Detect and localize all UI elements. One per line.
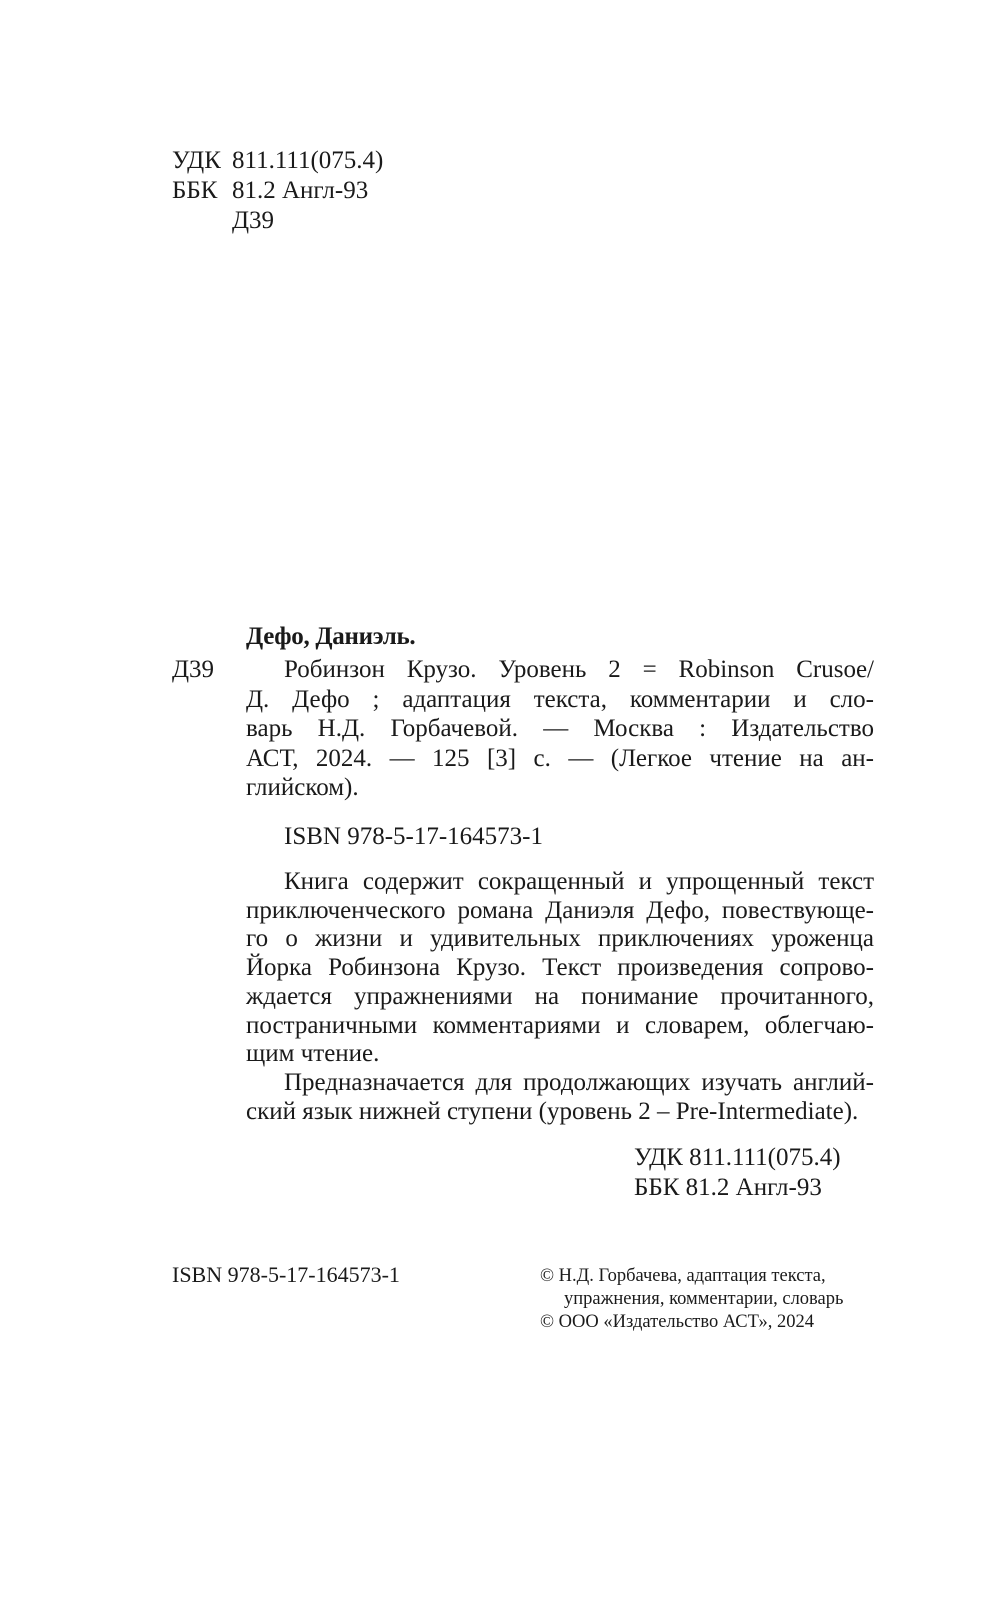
copyright-line: © Н.Д. Горбачева, адаптация текста, <box>540 1265 843 1288</box>
record-line: глийском). <box>246 773 874 803</box>
record-isbn: ISBN 978-5-17-164573-1 <box>284 822 543 852</box>
record-line: Робинзон Крузо. Уровень 2 = Robinson Cru… <box>246 655 874 685</box>
record-line: варь Н.Д. Горбачевой. — Москва : Издател… <box>246 714 874 744</box>
bbk-label: ББК <box>172 176 232 206</box>
copyright-line: © ООО «Издательство АСТ», 2024 <box>540 1311 843 1334</box>
udk-code: УДК 811.111(075.4) <box>634 1143 841 1173</box>
bbk-value: 81.2 Англ-93 <box>232 176 368 206</box>
shelf-code: Д39 <box>172 655 214 685</box>
bbk-code: ББК 81.2 Англ-93 <box>634 1173 841 1203</box>
udk-label: УДК <box>172 146 232 176</box>
abstract-line: ский язык нижней ступени (уровень 2 – Pr… <box>246 1098 874 1127</box>
classification-codes: УДК811.111(075.4) ББК81.2 Англ-93 Д39 <box>172 146 383 236</box>
author-mark: Д39 <box>172 206 383 236</box>
record-line: Д. Дефо ; адаптация текста, комментарии … <box>246 685 874 715</box>
udk-value: 811.111(075.4) <box>232 146 383 176</box>
abstract-line: Йорка Робинзона Крузо. Текст произведени… <box>246 954 874 983</box>
abstract-line: го о жизни и удивительных приключениях у… <box>246 925 874 954</box>
abstract-line: постраничными комментариями и словарем, … <box>246 1012 874 1041</box>
abstract-line: Книга содержит сокращенный и упрощенный … <box>246 868 874 897</box>
udk-row: УДК811.111(075.4) <box>172 146 383 176</box>
abstract-line: приключенческого романа Даниэля Дефо, по… <box>246 897 874 926</box>
abstract-line: ждается упражнениями на понимание прочит… <box>246 983 874 1012</box>
footer-isbn: ISBN 978-5-17-164573-1 <box>172 1262 400 1288</box>
author-heading: Дефо, Даниэль. <box>246 622 415 652</box>
abstract-line: щим чтение. <box>246 1040 874 1069</box>
classification-codes-right: УДК 811.111(075.4) ББК 81.2 Англ-93 <box>634 1143 841 1203</box>
abstract-line: Предназначается для продолжающих изучать… <box>246 1069 874 1098</box>
record-line: АСТ, 2024. — 125 [3] с. — (Легкое чтение… <box>246 744 874 774</box>
bbk-row: ББК81.2 Англ-93 <box>172 176 383 206</box>
copyright-block: © Н.Д. Горбачева, адаптация текста, упра… <box>540 1265 843 1334</box>
copyright-line: упражнения, комментарии, словарь <box>540 1288 843 1311</box>
bibliographic-record: Робинзон Крузо. Уровень 2 = Robinson Cru… <box>246 655 874 803</box>
abstract: Книга содержит сокращенный и упрощенный … <box>246 868 874 1126</box>
